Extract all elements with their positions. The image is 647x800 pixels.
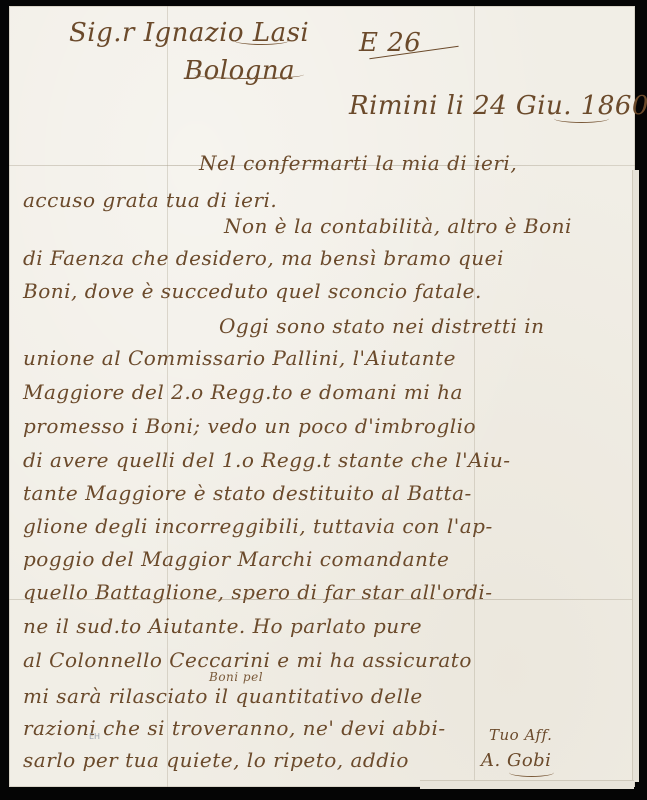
letter-sheet: Sig.r Ignazio Lasi Bologna E 26 Rimini l… (9, 6, 635, 787)
body-line: mi sarà rilasciato il quantitativo delle (23, 684, 423, 708)
body-line: accuso grata tua di ieri. (23, 188, 277, 212)
body-line: tante Maggiore è stato destituito al Bat… (23, 481, 472, 505)
postal-rate-mark: E 26 (359, 28, 421, 58)
body-line: Oggi sono stato nei distretti in (219, 314, 544, 338)
body-line: Nel confermarti la mia di ieri, (199, 151, 517, 175)
archival-stamp: EH (89, 732, 100, 741)
body-line: quello Battaglione, spero di far star al… (23, 580, 492, 604)
body-line: Maggiore del 2.o Regg.to e domani mi ha (23, 380, 463, 404)
body-line: di Faenza che desidero, ma bensì bramo q… (23, 246, 504, 270)
closing: Tuo Aff. (489, 726, 552, 744)
signature-flourish (509, 768, 554, 777)
body-line: al Colonnello Ceccarini e mi ha assicura… (23, 648, 472, 672)
interlinear-insertion: Boni pel (209, 670, 263, 684)
body-line: ne il sud.to Aiutante. Ho parlato pure (23, 614, 422, 638)
body-line: Boni, dove è succeduto quel sconcio fata… (23, 279, 482, 303)
dateline-flourish (554, 114, 609, 123)
body-line: unione al Commissario Pallini, l'Aiutant… (23, 346, 456, 370)
address-flourish (234, 36, 289, 45)
body-line: razioni che si troveranno, ne' devi abbi… (23, 716, 446, 740)
body-line: di avere quelli del 1.o Regg.t stante ch… (23, 448, 511, 472)
body-line: poggio del Maggior Marchi comandante (23, 547, 449, 571)
body-line: Non è la contabilità, altro è Boni (224, 214, 572, 238)
body-line: glione degli incorreggibili, tuttavia co… (23, 514, 493, 538)
body-line: promesso i Boni; vedo un poco d'imbrogli… (23, 414, 476, 438)
address-underline-flourish (194, 70, 304, 79)
underlying-sheet-edge (420, 780, 634, 789)
body-line: sarlo per tua quiete, lo ripeto, addio (23, 748, 409, 772)
underlying-sheet-edge (632, 170, 639, 782)
vertical-fold-line (474, 6, 475, 787)
